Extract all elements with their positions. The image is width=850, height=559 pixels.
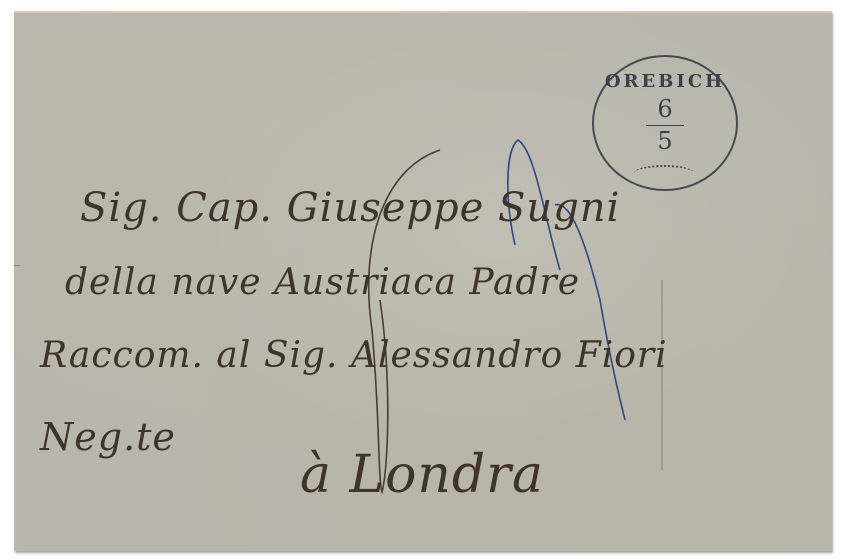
address-line-5: à Londra — [300, 445, 544, 505]
postmark-ornament — [634, 165, 694, 181]
postmark: OREBICH 6 5 — [592, 55, 738, 191]
address-line-1: Sig. Cap. Giuseppe Sugni — [80, 185, 620, 231]
address-line-4: Neg.te — [40, 415, 176, 459]
postmark-day: 6 — [594, 95, 736, 123]
postmark-town: OREBICH — [594, 71, 736, 92]
address-line-2: della nave Austriaca Padre — [65, 262, 580, 303]
postmark-month: 5 — [594, 127, 736, 155]
address-line-3: Raccom. al Sig. Alessandro Fiori — [40, 335, 668, 376]
postmark-divider — [646, 125, 684, 126]
